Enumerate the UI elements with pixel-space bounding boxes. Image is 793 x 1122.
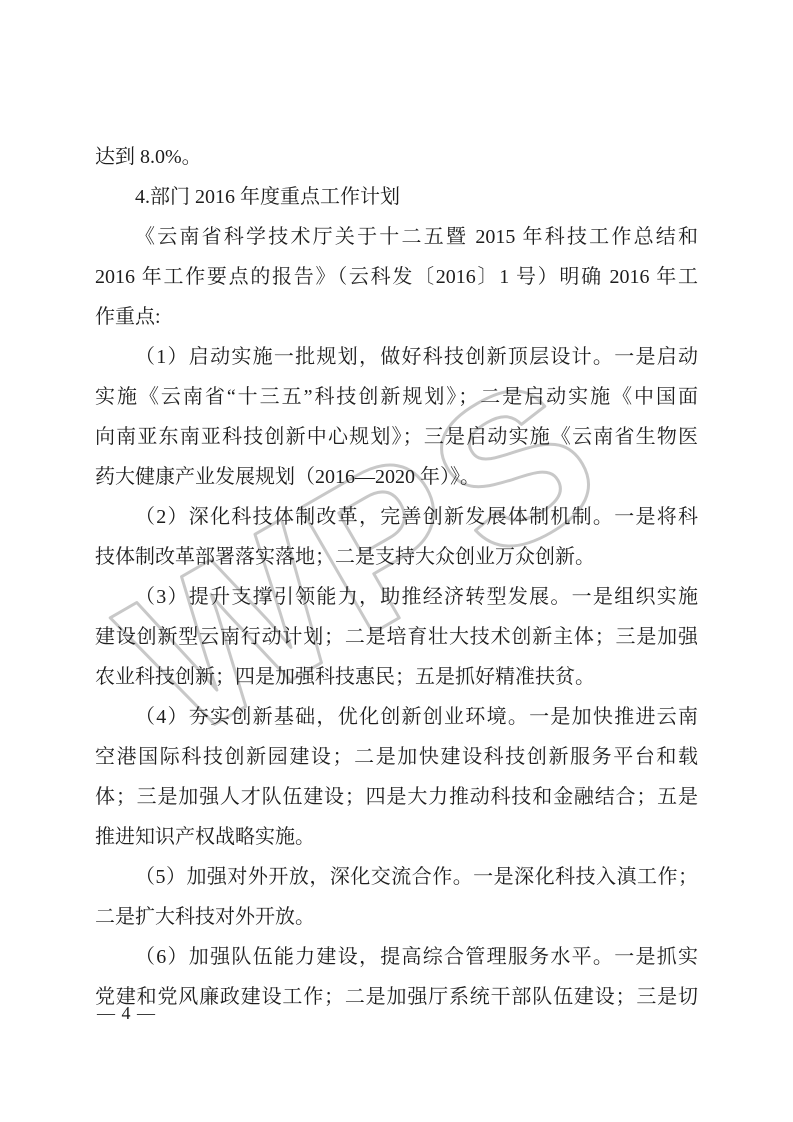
text-line: 推进知识产权战略实施。 [95, 817, 698, 857]
text-line: （6）加强队伍能力建设，提高综合管理服务水平。一是抓实 [95, 937, 698, 977]
text-line: 2016 年工作要点的报告》（云科发〔2016〕1 号）明确 2016 年工 [95, 257, 698, 297]
text-line: 《云南省科学技术厅关于十二五暨 2015 年科技工作总结和 [95, 217, 698, 257]
text-line: （4）夯实创新基础，优化创新创业环境。一是加快推进云南 [95, 697, 698, 737]
text-line: 空港国际科技创新园建设；二是加快建设科技创新服务平台和载 [95, 737, 698, 777]
text-line: 向南亚东南亚科技创新中心规划》；三是启动实施《云南省生物医 [95, 417, 698, 457]
text-line: 4.部门 2016 年度重点工作计划 [95, 177, 698, 217]
text-line: 作重点: [95, 297, 698, 337]
text-line: （2）深化科技体制改革，完善创新发展体制机制。一是将科 [95, 497, 698, 537]
text-line: 体；三是加强人才队伍建设；四是大力推动科技和金融结合；五是 [95, 777, 698, 817]
text-line: 二是扩大科技对外开放。 [95, 897, 698, 937]
text-line: 技体制改革部署落实落地；二是支持大众创业万众创新。 [95, 537, 698, 577]
text-line: （5）加强对外开放，深化交流合作。一是深化科技入滇工作； [95, 857, 698, 897]
text-line: 党建和党风廉政建设工作；二是加强厅系统干部队伍建设；三是切 [95, 977, 698, 1017]
text-line: 建设创新型云南行动计划；二是培育壮大技术创新主体；三是加强 [95, 617, 698, 657]
page-number: — 4 — [97, 999, 156, 1027]
text-line: 达到 8.0%。 [95, 137, 698, 177]
document-body: 达到 8.0%。4.部门 2016 年度重点工作计划《云南省科学技术厅关于十二五… [95, 137, 698, 1017]
text-line: 药大健康产业发展规划（2016—2020 年）》。 [95, 457, 698, 497]
document-page: WPS 达到 8.0%。4.部门 2016 年度重点工作计划《云南省科学技术厅关… [0, 0, 793, 1122]
text-line: 农业科技创新；四是加强科技惠民；五是抓好精准扶贫。 [95, 657, 698, 697]
text-line: （1）启动实施一批规划，做好科技创新顶层设计。一是启动 [95, 337, 698, 377]
text-line: 实施《云南省“十三五”科技创新规划》；二是启动实施《中国面 [95, 377, 698, 417]
text-line: （3）提升支撑引领能力，助推经济转型发展。一是组织实施 [95, 577, 698, 617]
